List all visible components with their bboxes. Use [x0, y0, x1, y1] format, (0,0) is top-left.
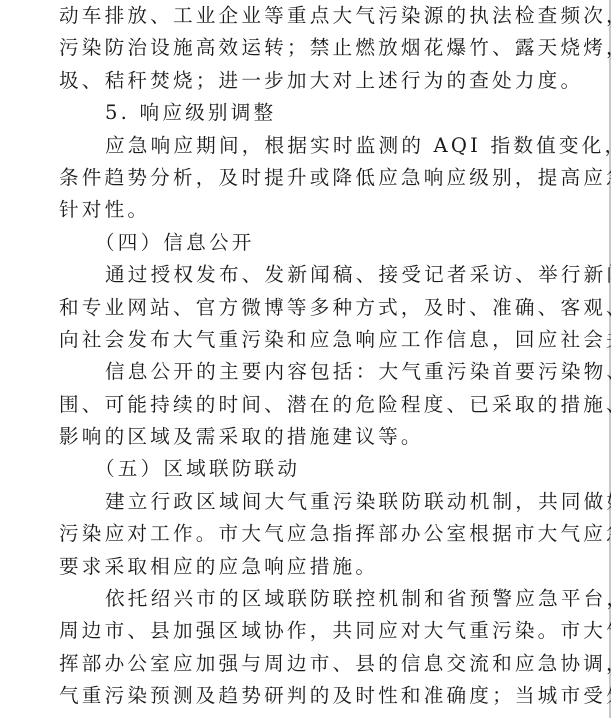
paragraph-line: 污染应对工作。市大气应急指挥部办公室根据市大气应急指挥部: [59, 518, 559, 550]
paragraph-line: 向社会发布大气重污染和应急响应工作信息，回应社会关注。: [59, 324, 559, 356]
document-page: 动车排放、工业企业等重点大气污染源的执法检查频次，确保其 污染防治设施高效运转；…: [0, 0, 611, 718]
paragraph-line: 针对性。: [59, 194, 559, 226]
paragraph-line: 周边市、县加强区域协作，共同应对大气重污染。市大气应急指: [59, 615, 559, 647]
paragraph-line: 和专业网站、官方微博等多种方式，及时、准确、客观、全面地: [59, 292, 559, 324]
paragraph-line: 围、可能持续的时间、潜在的危险程度、已采取的措施、可能受: [59, 389, 559, 421]
section-heading-info-disclosure: （四）信息公开: [59, 227, 559, 259]
paragraph-line: 挥部办公室应加强与周边市、县的信息交流和应急协调，提高大: [59, 648, 559, 680]
section-heading-regional-coordination: （五）区域联防联动: [59, 453, 559, 485]
paragraph-line: 圾、秸秆焚烧；进一步加大对上述行为的查处力度。: [59, 65, 559, 97]
paragraph-line: 应急响应期间，根据实时监测的 AQI 指数值变化，结合气象: [59, 130, 559, 162]
document-body: 动车排放、工业企业等重点大气污染源的执法检查频次，确保其 污染防治设施高效运转；…: [59, 0, 559, 713]
paragraph-line: 建立行政区域间大气重污染联防联动机制，共同做好大气重: [59, 486, 559, 518]
paragraph-line: 通过授权发布、发新闻稿、接受记者采访、举行新闻发布会: [59, 259, 559, 291]
paragraph-line: 依托绍兴市的区域联防联控机制和省预警应急平台，积极与: [59, 583, 559, 615]
paragraph-line: 要求采取相应的应急响应措施。: [59, 551, 559, 583]
paragraph-line: 污染防治设施高效运转；禁止燃放烟花爆竹、露天烧烤，严禁垃: [59, 32, 559, 64]
section-heading-response-level: 5. 响应级别调整: [59, 97, 559, 129]
paragraph-line: 条件趋势分析，及时提升或降低应急响应级别，提高应急处置的: [59, 162, 559, 194]
paragraph-line: 气重污染预测及趋势研判的及时性和准确度；当城市受外来污染: [59, 680, 559, 712]
paragraph-line: 影响的区域及需采取的措施建议等。: [59, 421, 559, 453]
paragraph-line: 信息公开的主要内容包括：大气重污染首要污染物、污染范: [59, 356, 559, 388]
paragraph-line: 动车排放、工业企业等重点大气污染源的执法检查频次，确保其: [59, 0, 559, 32]
